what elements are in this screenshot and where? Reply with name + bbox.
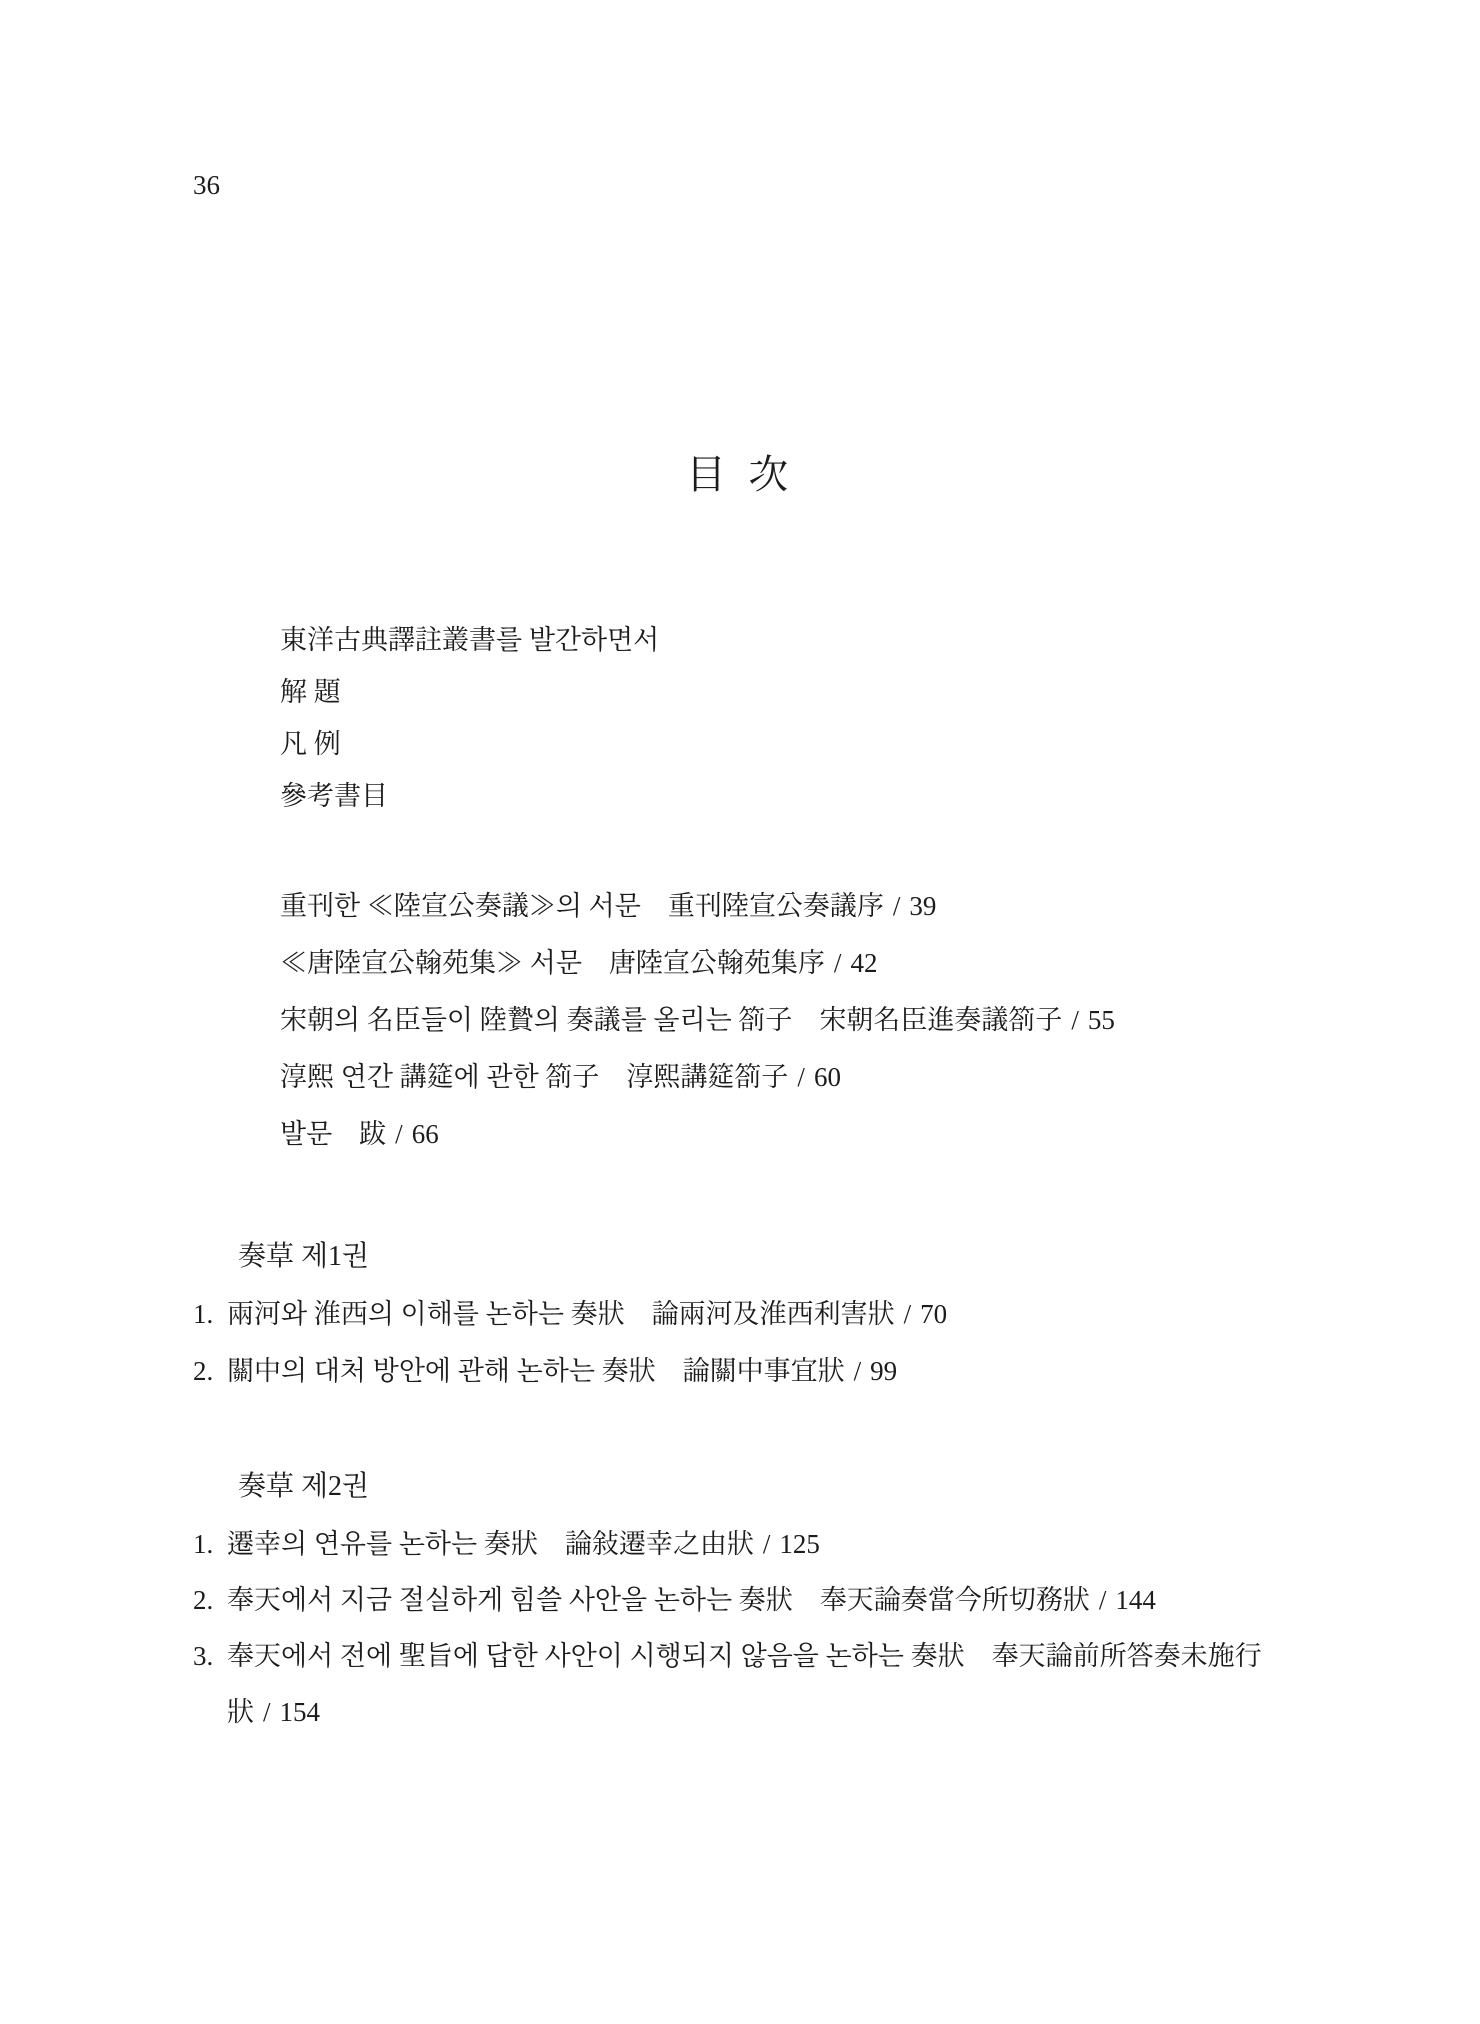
section-heading: 奏草 제2권 — [238, 1471, 369, 1503]
entry-title-zh: 論關中事宜狀 — [683, 1356, 845, 1386]
entry-page-number: 60 — [814, 1062, 841, 1092]
section-item-list: 1.遷幸의 연유를 논하는 奏狀論敍遷幸之由狀/125 2.奉天에서 지금 절실… — [193, 1516, 1293, 1740]
page-separator: / — [263, 1697, 271, 1727]
toc-entry: 重刊한 ≪陸宣公奏議≫의 서문重刊陸宣公奏議序/39 — [280, 878, 1300, 935]
front-matter-item: 東洋古典譯註叢書를 발간하면서 — [280, 614, 659, 666]
entry-page-number: 42 — [850, 948, 877, 978]
toc-entry: 3.奉天에서 전에 聖旨에 답한 사안이 시행되지 않음을 논하는 奏狀奉天論前… — [193, 1628, 1293, 1740]
page-number: 36 — [193, 170, 220, 200]
page-separator: / — [1071, 1005, 1079, 1035]
toc-entry: 淳熙 연간 講筵에 관한 箚子淳熙講筵箚子/60 — [280, 1049, 1300, 1106]
front-matter-item: 解 題 — [280, 666, 659, 718]
toc-entry: 1.遷幸의 연유를 논하는 奏狀論敍遷幸之由狀/125 — [193, 1516, 1293, 1572]
page-separator: / — [763, 1529, 771, 1559]
entry-title-zh: 奉天論奏當今所切務狀 — [820, 1585, 1090, 1615]
entry-title-ko: 奉天에서 전에 聖旨에 답한 사안이 시행되지 않음을 논하는 奏狀 — [227, 1641, 965, 1671]
entry-title-ko: 奉天에서 지금 절실하게 힘쓸 사안을 논하는 奏狀 — [227, 1585, 793, 1615]
page-separator: / — [904, 1299, 912, 1329]
entry-title-zh: 宋朝名臣進奏議箚子 — [819, 1005, 1062, 1035]
front-matter-item: 凡 例 — [280, 718, 659, 770]
page-separator: / — [1099, 1585, 1107, 1615]
page-separator: / — [893, 891, 901, 921]
front-matter-list: 東洋古典譯註叢書를 발간하면서 解 題 凡 例 參考書目 — [280, 614, 659, 822]
entry-page-number: 66 — [412, 1119, 439, 1149]
toc-entry: 발문跋/66 — [280, 1106, 1300, 1163]
entry-number: 2. — [193, 1343, 227, 1400]
entry-page-number: 39 — [909, 891, 936, 921]
section-heading: 奏草 제1권 — [238, 1241, 369, 1273]
section-item-list: 1.兩河와 淮西의 이해를 논하는 奏狀論兩河及淮西利害狀/70 2.關中의 대… — [193, 1286, 1293, 1400]
entry-title-ko: 발문 — [280, 1119, 332, 1149]
entry-page-number: 125 — [779, 1529, 820, 1559]
toc-entry: 宋朝의 名臣들이 陸贄의 奏議를 올리는 箚子宋朝名臣進奏議箚子/55 — [280, 992, 1300, 1049]
entry-title-ko: 宋朝의 名臣들이 陸贄의 奏議를 올리는 箚子 — [280, 1005, 792, 1035]
entry-title-ko: ≪唐陸宣公翰苑集≫ 서문 — [280, 948, 582, 978]
front-matter-item: 參考書目 — [280, 770, 659, 822]
entry-title-ko: 重刊한 ≪陸宣公奏議≫의 서문 — [280, 891, 641, 921]
preface-entry-list: 重刊한 ≪陸宣公奏議≫의 서문重刊陸宣公奏議序/39 ≪唐陸宣公翰苑集≫ 서문唐… — [280, 878, 1300, 1163]
scanned-document-page: 36 目 次 東洋古典譯註叢書를 발간하면서 解 題 凡 例 參考書目 重刊한 … — [0, 0, 1480, 2024]
entry-title-zh: 論兩河及淮西利害狀 — [652, 1299, 895, 1329]
entry-page-number: 144 — [1115, 1585, 1156, 1615]
entry-number: 1. — [193, 1516, 227, 1572]
page-separator: / — [854, 1356, 862, 1386]
entry-title-zh: 重刊陸宣公奏議序 — [668, 891, 884, 921]
page-separator: / — [834, 948, 842, 978]
toc-title: 目 次 — [0, 443, 1480, 500]
page-separator: / — [395, 1119, 403, 1149]
toc-entry: 1.兩河와 淮西의 이해를 논하는 奏狀論兩河及淮西利害狀/70 — [193, 1286, 1293, 1343]
entry-number: 1. — [193, 1286, 227, 1343]
entry-number: 2. — [193, 1572, 227, 1628]
page-separator: / — [797, 1062, 805, 1092]
entry-title-ko: 淳熙 연간 講筵에 관한 箚子 — [280, 1062, 599, 1092]
entry-number: 3. — [193, 1628, 227, 1684]
entry-title-zh: 論敍遷幸之由狀 — [565, 1529, 754, 1559]
entry-title-zh: 跋 — [359, 1119, 386, 1149]
toc-entry: 2.關中의 대처 방안에 관해 논하는 奏狀論關中事宜狀/99 — [193, 1343, 1293, 1400]
entry-title-zh: 唐陸宣公翰苑集序 — [609, 948, 825, 978]
entry-title-ko: 遷幸의 연유를 논하는 奏狀 — [227, 1529, 538, 1559]
entry-page-number: 55 — [1088, 1005, 1115, 1035]
toc-entry: ≪唐陸宣公翰苑集≫ 서문唐陸宣公翰苑集序/42 — [280, 935, 1300, 992]
entry-title-ko: 關中의 대처 방안에 관해 논하는 奏狀 — [227, 1356, 656, 1386]
toc-entry: 2.奉天에서 지금 절실하게 힘쓸 사안을 논하는 奏狀奉天論奏當今所切務狀/1… — [193, 1572, 1293, 1628]
entry-title-ko: 兩河와 淮西의 이해를 논하는 奏狀 — [227, 1299, 625, 1329]
entry-page-number: 154 — [280, 1697, 321, 1727]
entry-page-number: 70 — [920, 1299, 947, 1329]
entry-title-zh: 淳熙講筵箚子 — [626, 1062, 788, 1092]
entry-page-number: 99 — [870, 1356, 897, 1386]
